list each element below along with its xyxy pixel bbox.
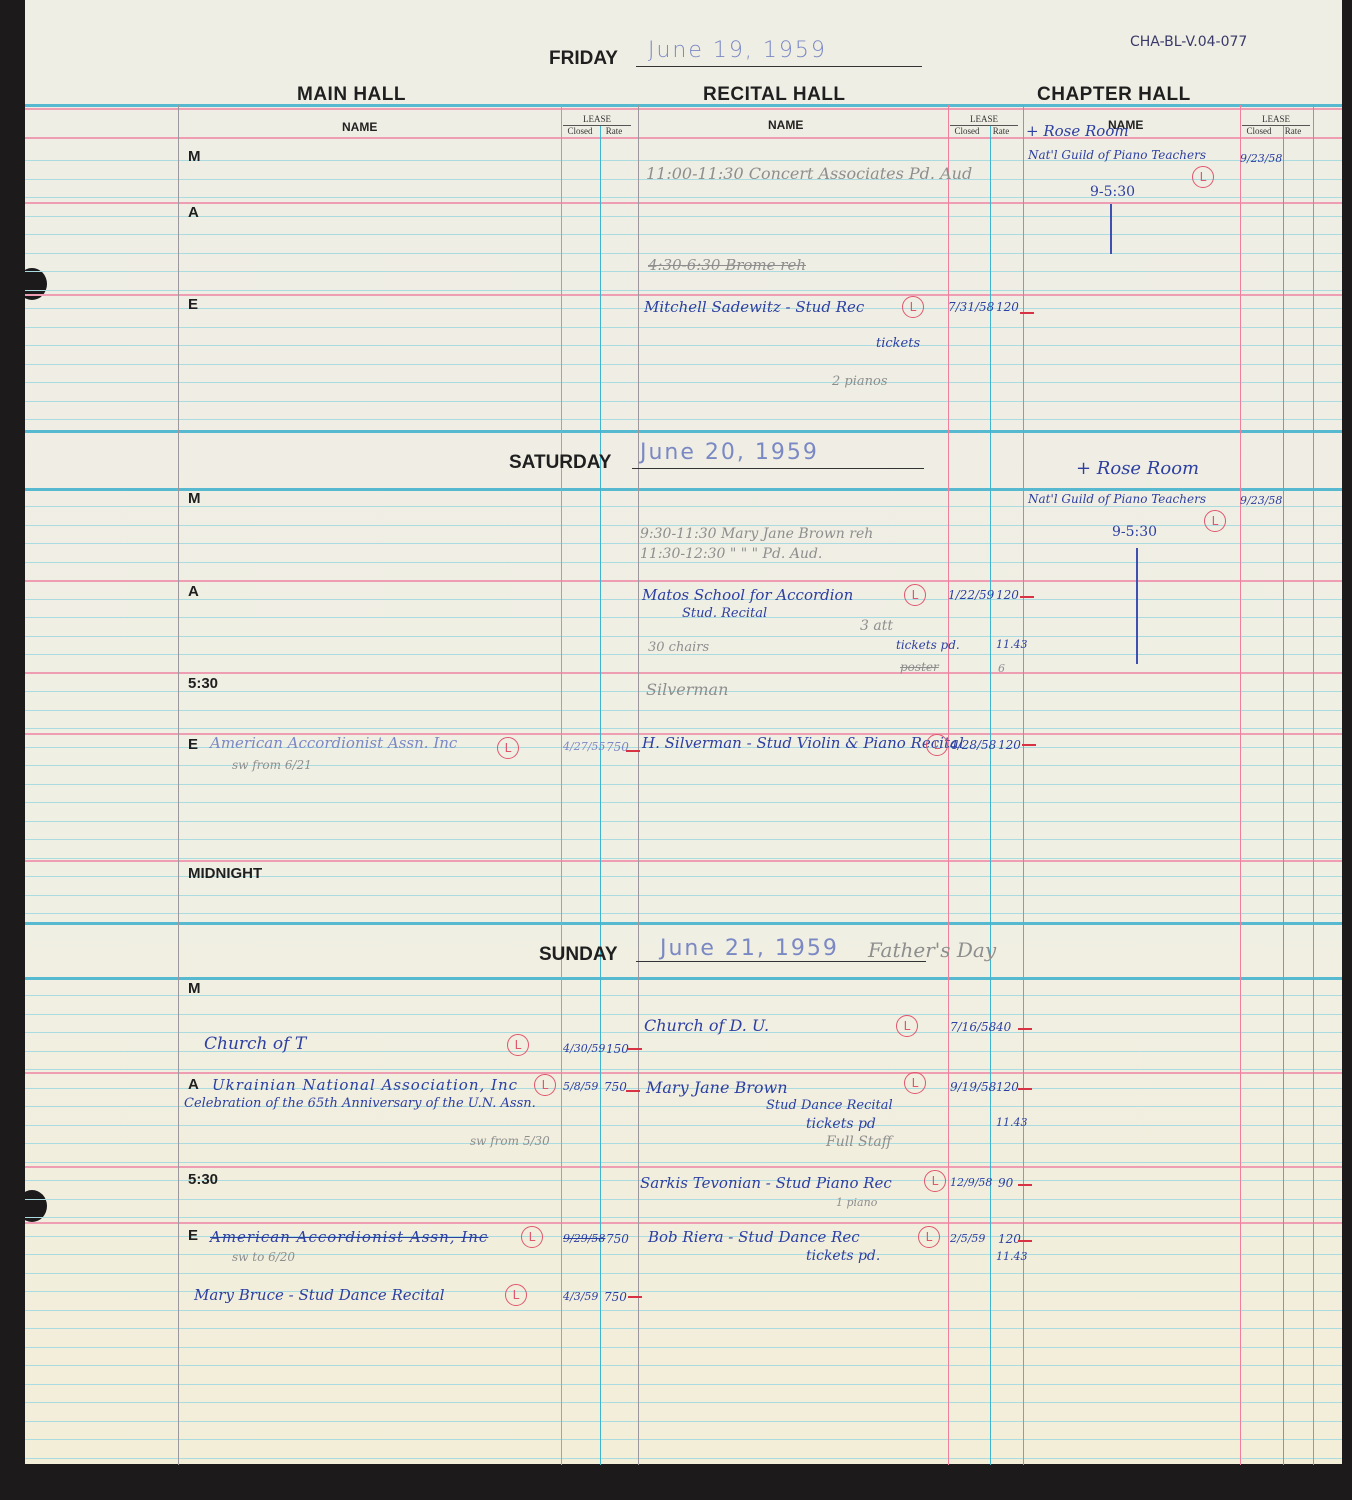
ruling-line	[25, 108, 1342, 110]
ruling-line	[25, 728, 1342, 729]
room-annotation: + Rose Room	[1026, 122, 1129, 140]
booking-entry: 11:00-11:30 Concert Associates Pd. Aud	[646, 164, 972, 183]
booking-note: 3 att	[860, 618, 893, 634]
booking-note: Stud Dance Recital	[766, 1098, 893, 1113]
date-line	[636, 66, 922, 67]
rate-tick-mark	[626, 1090, 640, 1092]
booking-entry: Church of T	[204, 1034, 306, 1054]
main-name-header: NAME	[342, 120, 377, 134]
lease-rate: 120	[996, 1080, 1019, 1094]
date-annotation: Father's Day	[868, 938, 996, 962]
slot-label: M	[188, 490, 201, 507]
rate-tick-mark	[628, 1296, 642, 1298]
lease-rate: 90	[998, 1176, 1013, 1190]
rate-tick-mark	[1018, 1184, 1032, 1186]
ruling-line	[25, 802, 1342, 803]
booking-entry: H. Silverman - Stud Violin & Piano Recit…	[642, 734, 964, 752]
lease-extra-rate: 11.43	[996, 1250, 1028, 1263]
lease-label: LEASE	[1242, 114, 1310, 126]
booking-entry: Nat'l Guild of Piano Teachers	[1028, 492, 1206, 506]
continuation-arrow-icon	[1136, 548, 1138, 664]
day-label-friday: FRIDAY	[549, 48, 618, 70]
lease-rate: 150	[606, 1042, 629, 1056]
ruling-line	[25, 253, 1342, 254]
ruling-line	[25, 294, 1342, 296]
slot-label: E	[188, 1227, 198, 1244]
booking-entry: American Accordionist Assn. Inc	[210, 734, 457, 752]
recital-name-header: NAME	[768, 118, 803, 132]
rate-tick-mark	[1020, 312, 1034, 314]
recital-hall-heading: RECITAL HALL	[703, 84, 846, 106]
lease-check-icon: L	[896, 1015, 918, 1037]
slot-label: A	[188, 583, 199, 600]
lease-closed-date: 12/9/58	[950, 1176, 992, 1189]
ruling-line	[25, 1143, 1342, 1144]
date-sunday: June 21, 1959	[660, 936, 839, 961]
booking-entry: Mary Jane Brown	[646, 1078, 788, 1097]
rate-label: Rate	[984, 126, 1018, 136]
booking-note: Celebration of the 65th Anniversary of t…	[184, 1096, 536, 1111]
ruling-line	[25, 821, 1342, 822]
closed-label: Closed	[950, 126, 984, 136]
slot-label: M	[188, 980, 201, 997]
booking-entry: Matos School for Accordion	[642, 586, 853, 604]
lease-check-icon: L	[918, 1226, 940, 1248]
day-label-saturday: SATURDAY	[509, 452, 611, 474]
date-saturday: June 20, 1959	[640, 440, 819, 465]
lease-rate: 120	[998, 1232, 1021, 1246]
lease-extra-rate: 11.43	[996, 1116, 1028, 1129]
slot-label: A	[188, 204, 199, 221]
ruling-line	[25, 784, 1342, 785]
lease-check-icon: L	[904, 584, 926, 606]
lease-check-icon: L	[924, 1170, 946, 1192]
lease-closed-date: 7/16/58	[950, 1020, 996, 1034]
ruling-line	[25, 765, 1342, 766]
recital-lease-header: LEASE ClosedRate	[950, 114, 1018, 136]
main-lease-header: LEASE ClosedRate	[563, 114, 631, 136]
ruling-line	[25, 860, 1342, 862]
ruling-line	[25, 1199, 1342, 1200]
booking-entry: 4:30-6:30 Brome reh	[648, 256, 806, 274]
ruling-line	[25, 977, 1342, 980]
rate-tick-mark	[1020, 596, 1034, 598]
ruling-line	[25, 1166, 1342, 1168]
lease-check-icon: L	[926, 734, 948, 756]
ruling-line	[25, 1439, 1342, 1440]
booking-entry: Church of D. U.	[644, 1016, 769, 1035]
lease-label: LEASE	[563, 114, 631, 126]
lease-closed-date: 4/27/55	[563, 740, 605, 753]
room-annotation: + Rose Room	[1076, 458, 1199, 479]
rate-tick-mark	[1018, 1028, 1032, 1030]
ruling-line	[25, 1328, 1342, 1329]
lease-check-icon: L	[1192, 166, 1214, 188]
booking-note: sw from 6/21	[232, 758, 312, 772]
booking-note: 1 piano	[836, 1196, 877, 1209]
column-divider	[600, 125, 601, 1465]
ruling-line	[25, 672, 1342, 674]
booking-entry: 11:30-12:30 " " " Pd. Aud.	[640, 546, 822, 562]
rate-tick-mark	[1018, 1088, 1032, 1090]
ruling-line	[25, 1254, 1342, 1255]
ruling-line	[25, 401, 1342, 402]
column-divider	[178, 105, 179, 1465]
lease-extra-rate: 11.43	[996, 638, 1028, 651]
lease-check-icon: L	[534, 1074, 556, 1096]
continuation-arrow-icon	[1110, 204, 1112, 254]
ruling-line	[25, 506, 1342, 507]
ruling-line	[25, 1217, 1342, 1218]
ruling-line	[25, 913, 1342, 914]
slot-label: M	[188, 148, 201, 165]
lease-rate: 120	[996, 300, 1019, 314]
lease-closed-date: 2/5/59	[950, 1232, 985, 1245]
slot-label: E	[188, 296, 198, 313]
ruling-line	[25, 562, 1342, 563]
lease-check-icon: L	[904, 1072, 926, 1094]
lease-check-icon: L	[521, 1226, 543, 1248]
lease-check-icon: L	[497, 737, 519, 759]
ruling-line	[25, 1402, 1342, 1403]
booking-note: tickets pd.	[806, 1248, 880, 1264]
rate-tick-mark	[628, 1048, 642, 1050]
ruling-line	[25, 216, 1342, 217]
lease-label: LEASE	[950, 114, 1018, 126]
ruling-line	[25, 1069, 1342, 1070]
lease-rate: 750	[606, 1232, 629, 1246]
lease-closed-date: 9/23/58	[1240, 494, 1282, 507]
slot-label: MIDNIGHT	[188, 865, 262, 882]
ruling-line	[25, 1072, 1342, 1074]
ruling-line	[25, 710, 1342, 711]
rate-label: Rate	[597, 126, 631, 136]
booking-entry: Nat'l Guild of Piano Teachers	[1028, 148, 1206, 162]
slot-label: 5:30	[188, 675, 218, 692]
ruling-line	[25, 839, 1342, 840]
ruling-line	[25, 1162, 1342, 1163]
lease-closed-date: 1/22/59	[948, 588, 994, 602]
ruling-line	[25, 430, 1342, 433]
lease-rate: 120	[998, 738, 1021, 752]
lease-closed-date: 9/19/58	[950, 1080, 996, 1094]
ruling-line	[25, 364, 1342, 365]
rate-tick-mark	[1022, 744, 1036, 746]
ruling-line	[25, 1347, 1342, 1348]
lease-rate: 40	[996, 1020, 1011, 1034]
booking-note: 30 chairs	[648, 640, 709, 655]
rate-label: Rate	[1276, 126, 1310, 136]
ruling-line	[25, 580, 1342, 582]
booking-entry: Mitchell Sadewitz - Stud Rec	[644, 298, 864, 316]
lease-rate: 120	[996, 588, 1019, 602]
binder-hole	[0, 268, 46, 302]
booking-entry: Mary Bruce - Stud Dance Recital	[194, 1286, 445, 1304]
booking-time: 9-5:30	[1090, 184, 1135, 200]
ruling-line	[25, 1310, 1342, 1311]
booking-note: sw to 6/20	[232, 1250, 295, 1264]
column-divider	[1240, 105, 1241, 1465]
ruling-line	[25, 345, 1342, 346]
ruling-line	[25, 1222, 1342, 1224]
ruling-line	[25, 419, 1342, 420]
booking-note: Stud. Recital	[682, 606, 767, 621]
ruling-line	[25, 1273, 1342, 1274]
lease-check-icon: L	[1204, 510, 1226, 532]
slot-label: A	[188, 1076, 199, 1093]
lease-closed-date: 4/30/59	[563, 1042, 605, 1055]
booking-note: sw from 5/30	[470, 1134, 550, 1148]
column-divider	[1283, 125, 1284, 1465]
ruling-line	[25, 1014, 1342, 1015]
date-friday: June 19, 1959	[648, 38, 827, 63]
chapter-lease-header: LEASE ClosedRate	[1242, 114, 1310, 136]
ruling-line	[25, 234, 1342, 235]
slot-label: E	[188, 736, 198, 753]
booking-entry: 9:30-11:30 Mary Jane Brown reh	[640, 526, 873, 542]
ruling-line	[25, 895, 1342, 896]
lease-closed-date: 7/31/58	[948, 300, 994, 314]
booking-time: 9-5:30	[1112, 524, 1157, 540]
lease-rate: 750	[604, 1290, 627, 1304]
ruling-line	[25, 488, 1342, 491]
column-divider	[1313, 105, 1314, 1465]
booking-note: poster	[900, 660, 939, 674]
binder-hole	[0, 1190, 46, 1224]
lease-closed-date: 9/29/58	[563, 1232, 605, 1245]
column-divider	[561, 105, 562, 1465]
booking-note: Full Staff	[826, 1134, 892, 1150]
lease-closed-date: 4/3/59	[563, 1290, 598, 1303]
ruling-line	[25, 858, 1342, 859]
booking-entry: Ukrainian National Association, Inc	[212, 1076, 518, 1094]
lease-extra-rate: 6	[998, 662, 1005, 675]
booking-note: Silverman	[646, 680, 728, 699]
ruling-line	[25, 382, 1342, 383]
booking-entry: Bob Riera - Stud Dance Rec	[648, 1228, 860, 1246]
ruling-line	[25, 1458, 1342, 1459]
reference-code: CHA-BL-V.04-077	[1130, 34, 1247, 50]
booking-entry: Sarkis Tevonian - Stud Piano Rec	[640, 1174, 892, 1192]
lease-rate: 750	[604, 1080, 627, 1094]
ruling-line	[25, 290, 1342, 291]
lease-check-icon: L	[505, 1284, 527, 1306]
column-divider	[638, 105, 639, 1465]
ruling-line	[25, 1384, 1342, 1385]
closed-label: Closed	[563, 126, 597, 136]
rate-tick-mark	[1018, 1240, 1032, 1242]
lease-closed-date: 5/8/59	[563, 1080, 598, 1093]
booking-note: tickets pd.	[896, 638, 960, 652]
ruling-line	[25, 1421, 1342, 1422]
chapter-hall-heading: CHAPTER HALL	[1037, 84, 1191, 106]
ruling-line	[25, 197, 1342, 198]
ruling-line	[25, 922, 1342, 925]
slot-label: 5:30	[188, 1171, 218, 1188]
rate-tick-mark	[626, 750, 640, 752]
lease-closed-date: 9/23/58	[1240, 152, 1282, 165]
lease-closed-date: 4/28/58	[950, 738, 996, 752]
closed-label: Closed	[1242, 126, 1276, 136]
ruling-line	[25, 202, 1342, 204]
ruling-line	[25, 543, 1342, 544]
booking-note: tickets	[876, 336, 920, 351]
day-label-sunday: SUNDAY	[539, 944, 618, 966]
booking-note: tickets pd	[806, 1116, 876, 1132]
booking-note: 2 pianos	[832, 374, 888, 389]
ruling-line	[25, 137, 1342, 139]
ruling-line	[25, 636, 1342, 637]
date-line	[632, 468, 924, 469]
booking-entry: American Accordionist Assn, Inc	[210, 1228, 488, 1246]
ruling-line	[25, 327, 1342, 328]
column-divider	[990, 125, 991, 1465]
lease-check-icon: L	[902, 296, 924, 318]
ruling-line	[25, 1365, 1342, 1366]
lease-check-icon: L	[507, 1034, 529, 1056]
ruling-line	[25, 995, 1342, 996]
ruling-line	[25, 1125, 1342, 1126]
main-hall-heading: MAIN HALL	[297, 84, 406, 106]
